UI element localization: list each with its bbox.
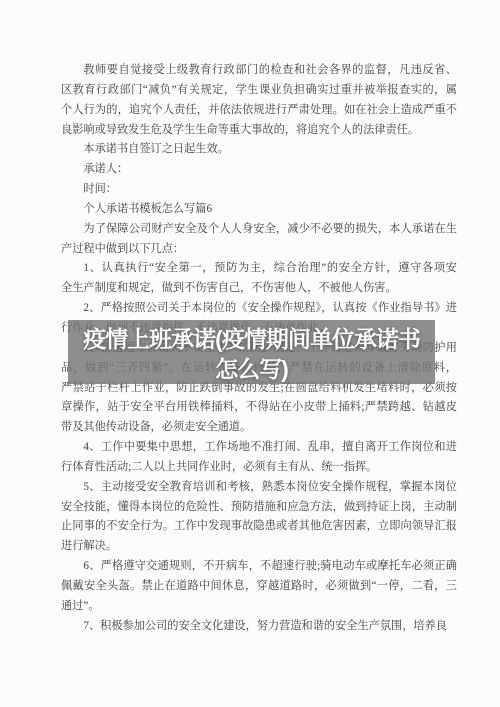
doc-line: 行体育性活动;二人以上共同作业时，必须有主有从、统一指挥。 — [61, 458, 457, 478]
doc-line: 5、主动接受安全教育培训和考核，熟悉本岗位安全操作规程，掌握本岗位 — [61, 478, 457, 498]
doc-line: 7、积极参加公司的安全文化建设，努力营造和谐的安全生产氛围，培养良 — [61, 617, 457, 637]
doc-line: 6、严格遵守交通规则，不开病车，不超速行驶;骑电动车或摩托车必须正确 — [61, 557, 457, 577]
doc-line: 进行解决。 — [61, 537, 457, 557]
doc-line: 章操作，站于安全平台用铁棒捅料，不得站在小皮带上捅料;严禁跨越、钻越皮 — [61, 398, 457, 418]
doc-line: 通过”。 — [61, 597, 457, 617]
overlay-title-line2: 怎么写) — [68, 354, 435, 384]
doc-line: 承诺人： — [61, 160, 457, 180]
doc-line: 时间： — [61, 180, 457, 200]
doc-line: 产过程中做到以下几点： — [61, 240, 457, 260]
doc-line: 带及其他传动设备，必须走安全通道。 — [61, 418, 457, 438]
doc-line: 2、严格按照公司关于本岗位的《安全操作规程》，认真按《作业指导书》进 — [61, 299, 457, 319]
overlay-title-line1: 疫情上班承诺(疫情期间单位承诺书 — [68, 324, 435, 354]
doc-line: 本承诺书自签订之日起生效。 — [61, 140, 457, 160]
doc-line: 止同事的不安全行为。工作中发现事故隐患或者其他危害因素，立即向领导汇报 — [61, 517, 457, 537]
doc-line: 全生产制度和规定，做到不伤害自己，不伤害他人，不被他人伤害。 — [61, 279, 457, 299]
doc-line: 个人承诺书模板怎么写篇6 — [61, 200, 457, 220]
title-overlay-banner: 疫情上班承诺(疫情期间单位承诺书 怎么写) — [68, 320, 435, 384]
doc-line: 良影响或导致发生危及学生生命等重大事故的，将追究个人的法律责任。 — [61, 121, 457, 141]
document-page: 教师要自觉接受上级教育行政部门的检查和社会各界的监督，凡违反省、市、区教育行政部… — [0, 0, 500, 707]
doc-line: 区教育行政部门“减负”有关规定，学生课业负担确实过重并被举报查实的，属 — [61, 81, 457, 101]
doc-line: 教师要自觉接受上级教育行政部门的检查和社会各界的监督，凡违反省、市、 — [61, 61, 457, 81]
doc-line: 佩戴安全头盔。禁止在道路中间休息，穿越道路时，必须做到“一停，二看，三 — [61, 577, 457, 597]
doc-line: 4、工作中要集中思想，工作场地不准打闹、乱串，擅自离开工作岗位和进 — [61, 438, 457, 458]
doc-line: 为了保障公司财产安全及个人人身安全，减少不必要的损失，本人承诺在生 — [61, 220, 457, 240]
doc-line: 个人行为的，追究个人责任，并依法依规进行严肃处理。如在社会上造成严重不 — [61, 101, 457, 121]
doc-line: 安全技能，懂得本岗位的危险性、预防措施和应急方法，做到持证上岗，主动制 — [61, 498, 457, 518]
doc-line: 1、认真执行“安全第一，预防为主，综合治理”的安全方针，遵守各项安 — [61, 259, 457, 279]
